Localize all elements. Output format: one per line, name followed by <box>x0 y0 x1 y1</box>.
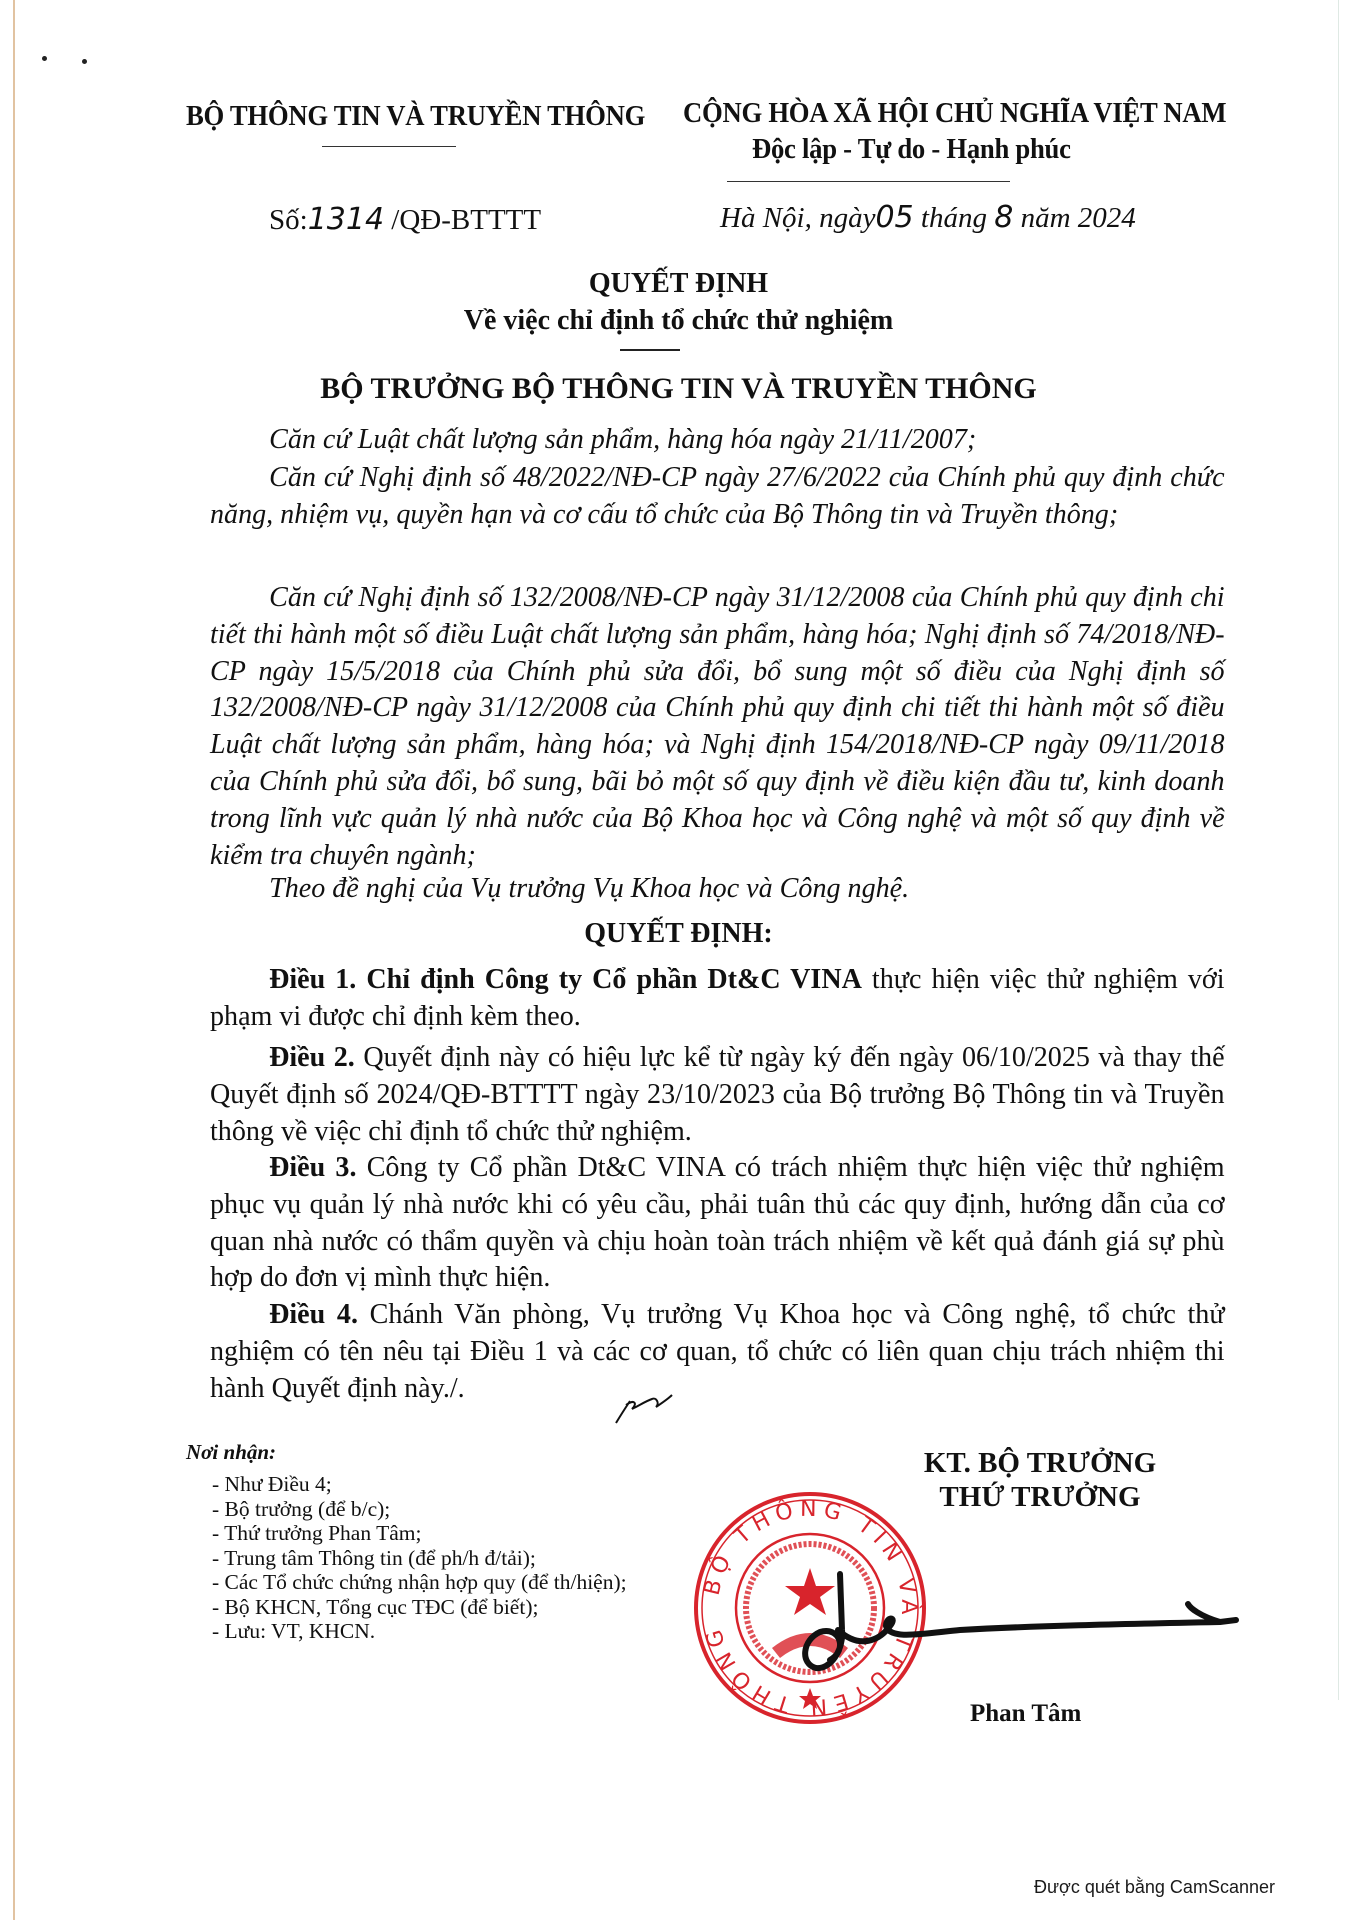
article-3-label: Điều 3. <box>269 1152 356 1183</box>
number-suffix: /QĐ-BTTTT <box>391 204 541 236</box>
handwritten-signature <box>790 1560 1260 1690</box>
recipient-item: Thứ trưởng Phan Tâm; <box>212 1521 627 1546</box>
article-1: Điều 1. Chỉ định Công ty Cổ phần Dt&C VI… <box>210 962 1225 1036</box>
motto-underline <box>727 181 1010 182</box>
article-1-lead: Chỉ định Công ty Cổ phần Dt&C VINA <box>366 964 862 995</box>
scan-page-edge-right <box>1338 0 1339 1700</box>
recipient-item: Như Điều 4; <box>212 1472 627 1497</box>
article-4-label: Điều 4. <box>269 1299 358 1330</box>
article-4: Điều 4. Chánh Văn phòng, Vụ trưởng Vụ Kh… <box>210 1297 1225 1407</box>
preamble-4: Theo đề nghị của Vụ trưởng Vụ Khoa học v… <box>210 871 1225 908</box>
signer-title-line1: KT. BỘ TRƯỞNG <box>880 1446 1200 1480</box>
document-title: QUYẾT ĐỊNH <box>0 268 1357 300</box>
recipient-item: Bộ KHCN, Tổng cục TĐC (để biết); <box>212 1595 627 1620</box>
article-2-label: Điều 2. <box>269 1042 355 1073</box>
article-4-text: Chánh Văn phòng, Vụ trưởng Vụ Khoa học v… <box>210 1299 1225 1404</box>
decision-heading: QUYẾT ĐỊNH: <box>0 918 1357 950</box>
recipients-title: Nơi nhận: <box>186 1440 276 1465</box>
country-name: CỘNG HÒA XÃ HỘI CHỦ NGHĨA VIỆT NAM <box>683 97 1226 130</box>
recipient-item: Bộ trưởng (để b/c); <box>212 1497 627 1522</box>
article-1-label: Điều 1. <box>269 964 356 995</box>
date-day: 05 <box>875 200 913 235</box>
article-3: Điều 3. Công ty Cổ phần Dt&C VINA có trá… <box>210 1150 1225 1297</box>
title-underline <box>620 349 680 351</box>
scan-speck <box>42 56 47 61</box>
recipient-item: Lưu: VT, KHCN. <box>212 1619 627 1644</box>
preamble-1: Căn cứ Luật chất lượng sản phẩm, hàng hó… <box>210 422 1225 459</box>
national-motto: Độc lập - Tự do - Hạnh phúc <box>752 133 1071 166</box>
document-subject: Về việc chỉ định tổ chức thử nghiệm <box>0 305 1357 337</box>
date-place: Hà Nội, ngày <box>720 202 875 234</box>
recipient-item: Các Tổ chức chứng nhận hợp quy (để th/hi… <box>212 1570 627 1595</box>
article-3-text: Công ty Cổ phần Dt&C VINA có trách nhiệm… <box>210 1152 1225 1293</box>
number-label: Số: <box>269 204 308 236</box>
initials-mark <box>612 1393 682 1428</box>
date-year: năm 2024 <box>1021 202 1136 234</box>
recipient-item: Trung tâm Thông tin (để ph/h đ/tải); <box>212 1546 627 1571</box>
preamble-2: Căn cứ Nghị định số 48/2022/NĐ-CP ngày 2… <box>210 460 1225 534</box>
issuing-agency: BỘ THÔNG TIN VÀ TRUYỀN THÔNG <box>186 100 645 133</box>
signer-name: Phan Tâm <box>970 1700 1081 1728</box>
date-month: 8 <box>994 200 1013 235</box>
scan-speck <box>82 59 87 64</box>
recipients-list: Như Điều 4; Bộ trưởng (để b/c); Thứ trưở… <box>212 1472 627 1644</box>
date-month-label: tháng <box>921 202 987 234</box>
article-2: Điều 2. Quyết định này có hiệu lực kể từ… <box>210 1040 1225 1150</box>
issuing-authority: BỘ TRƯỞNG BỘ THÔNG TIN VÀ TRUYỀN THÔNG <box>0 372 1357 406</box>
article-2-text: Quyết định này có hiệu lực kể từ ngày ký… <box>210 1042 1225 1147</box>
agency-underline <box>322 146 456 147</box>
number-handwritten: 1314 <box>308 202 384 237</box>
document-date: Hà Nội, ngày05 tháng 8 năm 2024 <box>720 200 1136 235</box>
scanner-watermark: Được quét bằng CamScanner <box>1034 1877 1275 1898</box>
document-number: Số:1314 /QĐ-BTTTT <box>269 202 541 237</box>
preamble-3: Căn cứ Nghị định số 132/2008/NĐ-CP ngày … <box>210 580 1225 874</box>
